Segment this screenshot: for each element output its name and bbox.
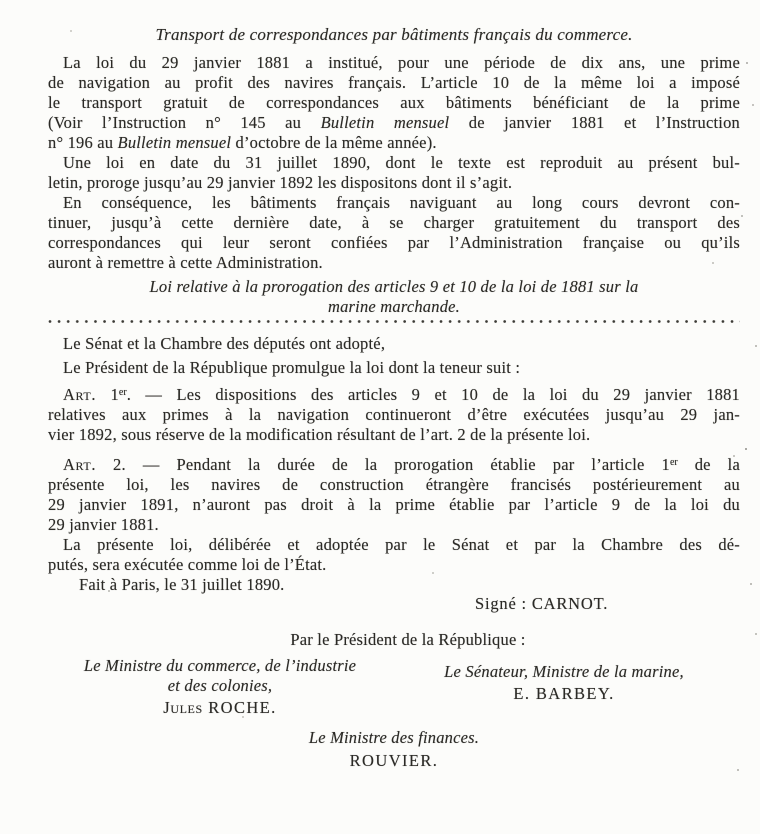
closing: La présente loi, délibérée et adoptée pa… bbox=[48, 535, 740, 575]
text-line: putés, sera exécutée comme loi de l’État… bbox=[48, 555, 740, 575]
text-line: La loi du 29 janvier 1881 a institué, po… bbox=[48, 53, 740, 73]
promulgation: Le Président de la République promulgue … bbox=[48, 358, 740, 378]
text-line: Une loi en date du 31 juillet 1890, dont… bbox=[48, 153, 740, 173]
intro-p1: La loi du 29 janvier 1881 a institué, po… bbox=[48, 53, 740, 153]
text-line: présente loi, les navires de constructio… bbox=[48, 475, 740, 495]
text-line: En conséquence, les bâtiments français n… bbox=[48, 193, 740, 213]
text-line: (Voir l’Instruction n° 145 au Bulletin m… bbox=[48, 113, 740, 133]
centered-italic-line: marine marchande. bbox=[48, 297, 740, 317]
intro-p2: Une loi en date du 31 juillet 1890, dont… bbox=[48, 153, 740, 193]
text-line: letin, proroge jusqu’au 29 janvier 1892 … bbox=[48, 173, 740, 193]
text-line: vier 1892, sous réserve de la modificati… bbox=[48, 425, 740, 445]
law-title: Loi relative à la prorogation des articl… bbox=[48, 277, 740, 317]
text-line: relatives aux primes à la navigation con… bbox=[48, 405, 740, 425]
text-line: de navigation au profit des navires fran… bbox=[48, 73, 740, 93]
text-line: n° 196 au Bulletin mensuel d’octobre de … bbox=[48, 133, 740, 153]
signatory-name: ROUVIER. bbox=[48, 751, 740, 771]
sig-center: Le Ministre des finances.ROUVIER. bbox=[48, 728, 740, 771]
centered-italic-line: Loi relative à la prorogation des articl… bbox=[48, 277, 740, 297]
signature-right: Le Sénateur, Ministre de la marine,E. BA… bbox=[420, 656, 708, 718]
scan-noise bbox=[0, 0, 2, 2]
countersign-head: Par le Président de la République : bbox=[48, 630, 740, 650]
adoption: Le Sénat et la Chambre des députés ont a… bbox=[48, 334, 740, 354]
document-text-column: Transport de correspondances par bâtimen… bbox=[48, 0, 740, 771]
text-line: correspondances qui leur seront confiées… bbox=[48, 233, 740, 253]
dateline: Fait à Paris, le 31 juillet 1890. bbox=[48, 575, 740, 595]
signed: Signé : CARNOT. bbox=[475, 594, 740, 614]
sig-row: Le Ministre du commerce, de l’industriee… bbox=[48, 656, 740, 718]
separator bbox=[48, 319, 740, 324]
text-line: Art. 1er. — Les dispositions des article… bbox=[48, 383, 740, 405]
text-line: Signé : CARNOT. bbox=[475, 594, 740, 614]
text-line: Le Sénat et la Chambre des députés ont a… bbox=[48, 334, 740, 354]
article-2: Art. 2. — Pendant la durée de la proroga… bbox=[48, 453, 740, 535]
text-line: Fait à Paris, le 31 juillet 1890. bbox=[48, 575, 740, 595]
scanned-document-page: Transport de correspondances par bâtimen… bbox=[0, 0, 760, 834]
text-line: Par le Président de la République : bbox=[48, 630, 740, 650]
article-1: Art. 1er. — Les dispositions des article… bbox=[48, 383, 740, 445]
intro-p3: En conséquence, les bâtiments français n… bbox=[48, 193, 740, 273]
text-line: auront à remettre à cette Administration… bbox=[48, 253, 740, 273]
signatory-name: Jules ROCHE. bbox=[64, 698, 376, 718]
text-line: 29 janvier 1881. bbox=[48, 515, 740, 535]
text-line: 29 janvier 1891, n’auront pas droit à la… bbox=[48, 495, 740, 515]
text-line: Art. 2. — Pendant la durée de la proroga… bbox=[48, 453, 740, 475]
document-title: Transport de correspondances par bâtimen… bbox=[48, 24, 740, 45]
signatory-name: E. BARBEY. bbox=[420, 684, 708, 704]
document-body: La loi du 29 janvier 1881 a institué, po… bbox=[48, 53, 740, 771]
text-line: le transport gratuit de correspondances … bbox=[48, 93, 740, 113]
text-line: La présente loi, délibérée et adoptée pa… bbox=[48, 535, 740, 555]
text-line: tinuer, jusqu’à cette dernière date, à s… bbox=[48, 213, 740, 233]
signatory-title: Le Ministre du commerce, de l’industrie bbox=[64, 656, 376, 676]
text-line: Le Président de la République promulgue … bbox=[48, 358, 740, 378]
signatory-title: et des colonies, bbox=[64, 676, 376, 696]
signature-left: Le Ministre du commerce, de l’industriee… bbox=[64, 656, 376, 718]
signatory-title: Le Sénateur, Ministre de la marine, bbox=[420, 662, 708, 682]
signatory-title: Le Ministre des finances. bbox=[48, 728, 740, 748]
